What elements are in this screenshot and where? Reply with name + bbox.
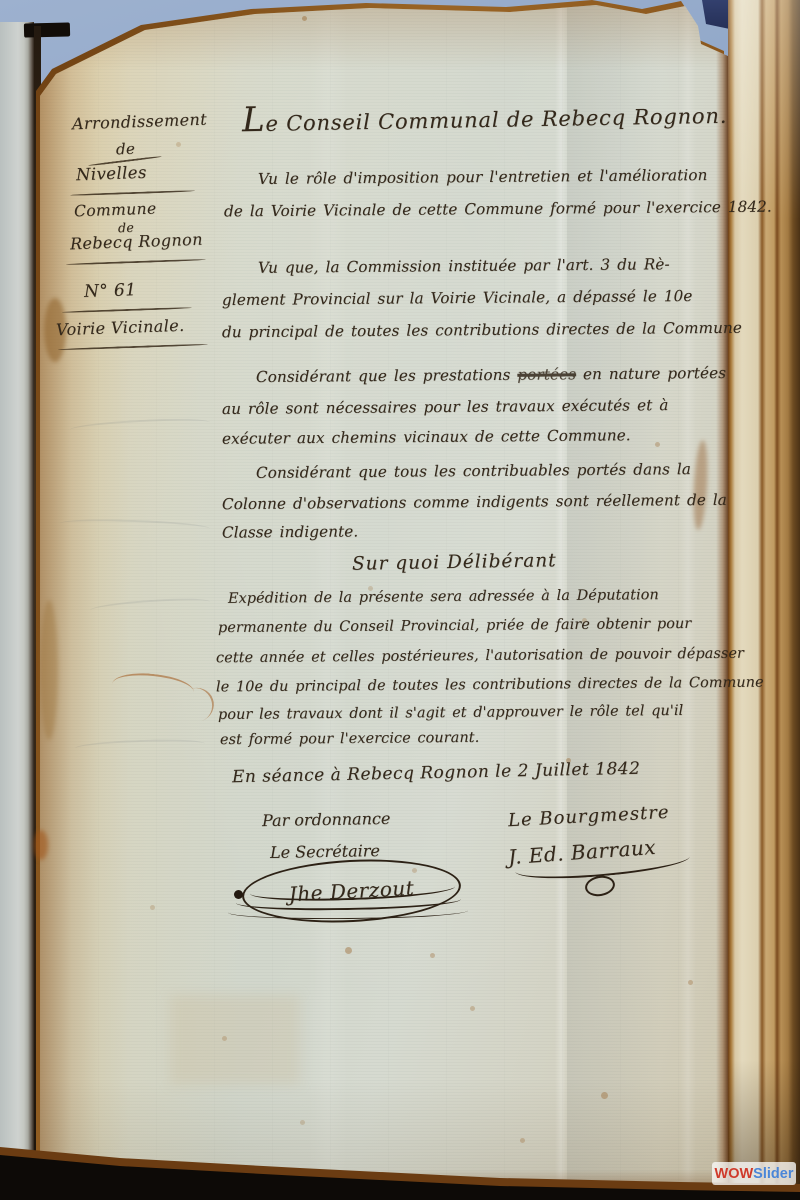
- stain: [34, 830, 48, 860]
- margin-note-nivelles: Nivelles: [76, 163, 147, 184]
- struck-word: portées: [517, 365, 576, 384]
- body-line: est formé pour l'exercice courant.: [220, 730, 479, 748]
- wowslider-watermark[interactable]: WOWSlider: [712, 1162, 796, 1185]
- section-heading: Sur quoi Délibérant: [352, 550, 557, 575]
- signature-left-line1: Par ordonnance: [262, 809, 391, 830]
- book-photo: Arrondissement de Nivelles Commune de Re…: [0, 0, 800, 1200]
- watermark-slider-text: Slider: [753, 1166, 793, 1182]
- body-line: Classe indigente.: [222, 522, 358, 541]
- stain: [170, 995, 300, 1085]
- book-cover-edge: [24, 22, 70, 37]
- ink-blot: [234, 890, 243, 899]
- watermark-wow-text: WOW: [715, 1166, 754, 1182]
- margin-note-de: de: [116, 140, 136, 159]
- stain: [40, 600, 58, 740]
- left-page-stack-edge: [0, 22, 34, 1200]
- margin-note-commune: Commune: [74, 200, 157, 221]
- margin-note-numero: N° 61: [84, 280, 137, 302]
- body-line: Considérant que tous les contribuables p…: [256, 460, 691, 482]
- right-page-stack: [728, 0, 800, 1200]
- body-line: Vu que, la Commission instituée par l'ar…: [258, 255, 670, 277]
- body-line: exécuter aux chemins vicinaux de cette C…: [222, 426, 631, 448]
- body-line-segment: en nature portées: [576, 364, 726, 383]
- document-title: Le Conseil Communal de Rebecq Rognon.: [242, 92, 728, 140]
- foxing-spots: [0, 0, 5, 5]
- body-line-segment: Considérant que les prestations: [256, 366, 518, 386]
